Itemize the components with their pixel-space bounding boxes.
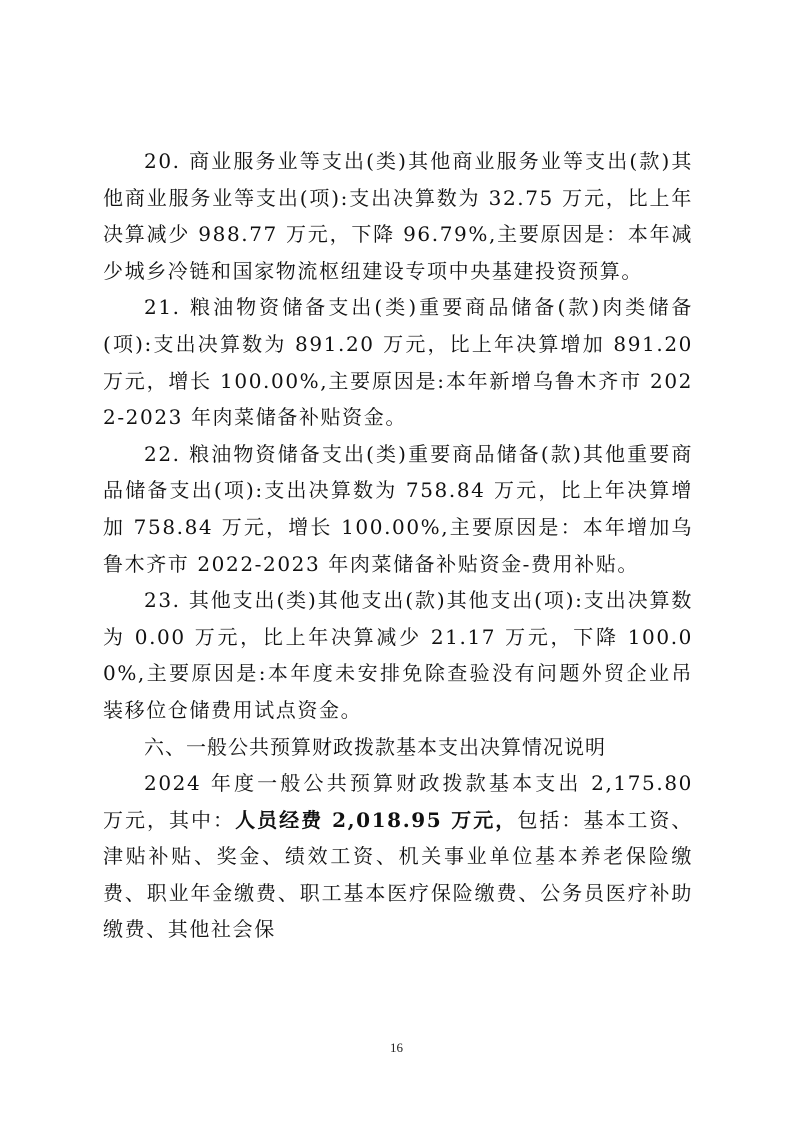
paragraph-item-20: 20. 商业服务业等支出(类)其他商业服务业等支出(款)其他商业服务业等支出(项… (103, 143, 693, 289)
paragraph-item-22: 22. 粮油物资储备支出(类)重要商品储备(款)其他重要商品储备支出(项):支出… (103, 436, 693, 582)
section-heading: 六、一般公共预算财政拨款基本支出决算情况说明 (103, 729, 693, 766)
section-paragraph: 2024 年度一般公共预算财政拨款基本支出 2,175.80 万元，其中：人员经… (103, 765, 693, 948)
document-body: 20. 商业服务业等支出(类)其他商业服务业等支出(款)其他商业服务业等支出(项… (103, 143, 693, 948)
personnel-expense-highlight: 人员经费 2,018.95 万元， (235, 808, 517, 832)
paragraph-item-23: 23. 其他支出(类)其他支出(款)其他支出(项):支出决算数为 0.00 万元… (103, 582, 693, 728)
paragraph-item-21: 21. 粮油物资储备支出(类)重要商品储备(款)肉类储备(项):支出决算数为 8… (103, 289, 693, 435)
page-number: 16 (0, 1040, 793, 1056)
